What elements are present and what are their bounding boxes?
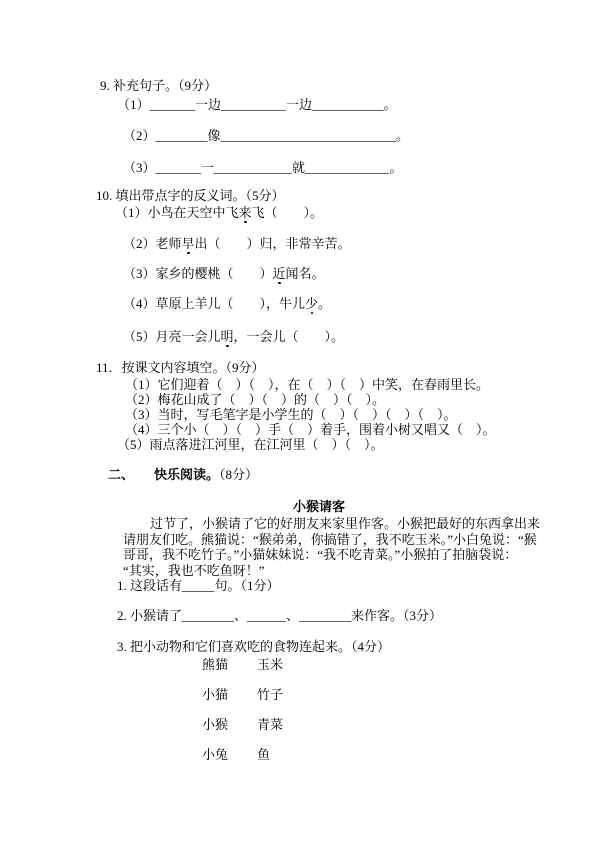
q11-item-1: （1）它们迎着（ ）（ ），在（ ）（ ）中笑，在春雨里长。 [125,377,489,392]
section2-score: （8分） [219,467,258,482]
q11-header: 11．按课文内容填空。（9分） [96,360,265,375]
q10-header: 10. 填出带点字的反义词。（5分） [96,188,285,203]
section2-number: 二、 [108,467,134,482]
match-row-1: 熊猫玉米 [202,657,283,672]
q10-item-5-pre: （5）月亮一会儿 [123,329,221,344]
dotted-char: 来 [239,205,252,220]
match-animal: 小猴 [202,717,257,732]
q10-item-1-post: 飞（ ）。 [252,205,324,220]
reading-title: 小猴请客 [293,499,345,514]
reading-question-2: 2. 小猴请了________、______、________来作客。（3分） [117,608,442,623]
q9-header: 9. 补充句子。（9分） [100,78,217,93]
match-animal: 熊猫 [202,657,257,672]
q10-item-2-post: 出（ ）归，非常辛苦。 [195,236,351,251]
dotted-char: 近 [273,266,286,281]
match-row-4: 小兔鱼 [202,747,270,762]
paragraph-line: 哥哥，我不吃竹子。”小猫妹妹说：“我不吃青菜。”小猴拍了拍脑袋说： [123,547,523,563]
q10-item-3: （3）家乡的樱桃（ ）近闻名。 [123,266,325,281]
reading-question-1: 1. 这段话有_____句。（1分） [117,578,280,593]
q10-item-1: （1）小鸟在天空中飞来飞（ ）。 [115,205,323,220]
q10-item-5: （5）月亮一会儿明，一会儿（ ）。 [123,329,344,344]
reading-paragraph: 过节了，小猴请了它的好朋友来家里作客。小猴把最好的东西拿出来 请朋友们吃。熊猫说… [123,516,523,578]
match-animal: 小兔 [202,747,257,762]
reading-question-3: 3. 把小动物和它们喜欢吃的食物连起来。（4分） [117,639,390,654]
paragraph-line: 过节了，小猴请了它的好朋友来家里作客。小猴把最好的东西拿出来 [123,516,523,532]
q11-item-2: （2）梅花山成了（ ）（ ）的（ ）（ ）。 [125,392,385,407]
match-food: 青菜 [257,717,283,732]
worksheet-page: 9. 补充句子。（9分） （1）_______一边__________一边___… [0,0,596,842]
match-animal: 小猫 [202,687,257,702]
dotted-char: 明 [221,329,234,344]
paragraph-line: “其实，我也不吃鱼呀！” [123,563,523,579]
match-row-2: 小猫竹子 [202,687,283,702]
section2-title: 快乐阅读。 [154,467,219,482]
q10-item-3-post: 闻名。 [286,266,325,281]
q10-item-2: （2）老师早出（ ）归，非常辛苦。 [123,236,351,251]
q9-item-1: （1）_______一边__________一边___________。 [117,97,397,112]
q10-item-1-pre: （1）小鸟在天空中飞 [115,205,239,220]
q10-item-2-pre: （2）老师 [123,236,182,251]
q10-item-5-post: ，一会儿（ ）。 [234,329,345,344]
q10-item-4-pre: （4）草原上羊儿（ ），牛儿 [123,296,305,311]
q9-item-2: （2）________像___________________________。 [123,128,409,143]
match-food: 鱼 [257,747,270,762]
q11-item-5: （5）雨点落进江河里，在江河里（ ）（ ）。 [117,437,384,452]
q9-item-3: （3）_______一____________就_____________。 [123,160,403,175]
match-food: 玉米 [257,657,283,672]
dotted-char: 早 [182,236,195,251]
q10-item-4: （4）草原上羊儿（ ），牛儿少。 [123,296,331,311]
q11-item-4: （4）三个小（ ）（ ）手（ ）着手，围着小树又唱又（ ）。 [125,422,496,437]
match-row-3: 小猴青菜 [202,717,283,732]
paragraph-line: 请朋友们吃。熊猫说：“猴弟弟，你搞错了，我不吃玉米。”小白兔说：“猴 [123,532,523,548]
section2-header: 二、快乐阅读。（8分） [108,467,258,482]
q10-item-3-pre: （3）家乡的樱桃（ ） [123,266,273,281]
match-food: 竹子 [257,687,283,702]
dotted-char: 少 [305,296,318,311]
q11-item-3: （3）当时，写毛笔字是小学生的（ ）（ ）（ ）（ ）。 [125,407,457,422]
q10-item-4-post: 。 [318,296,331,311]
